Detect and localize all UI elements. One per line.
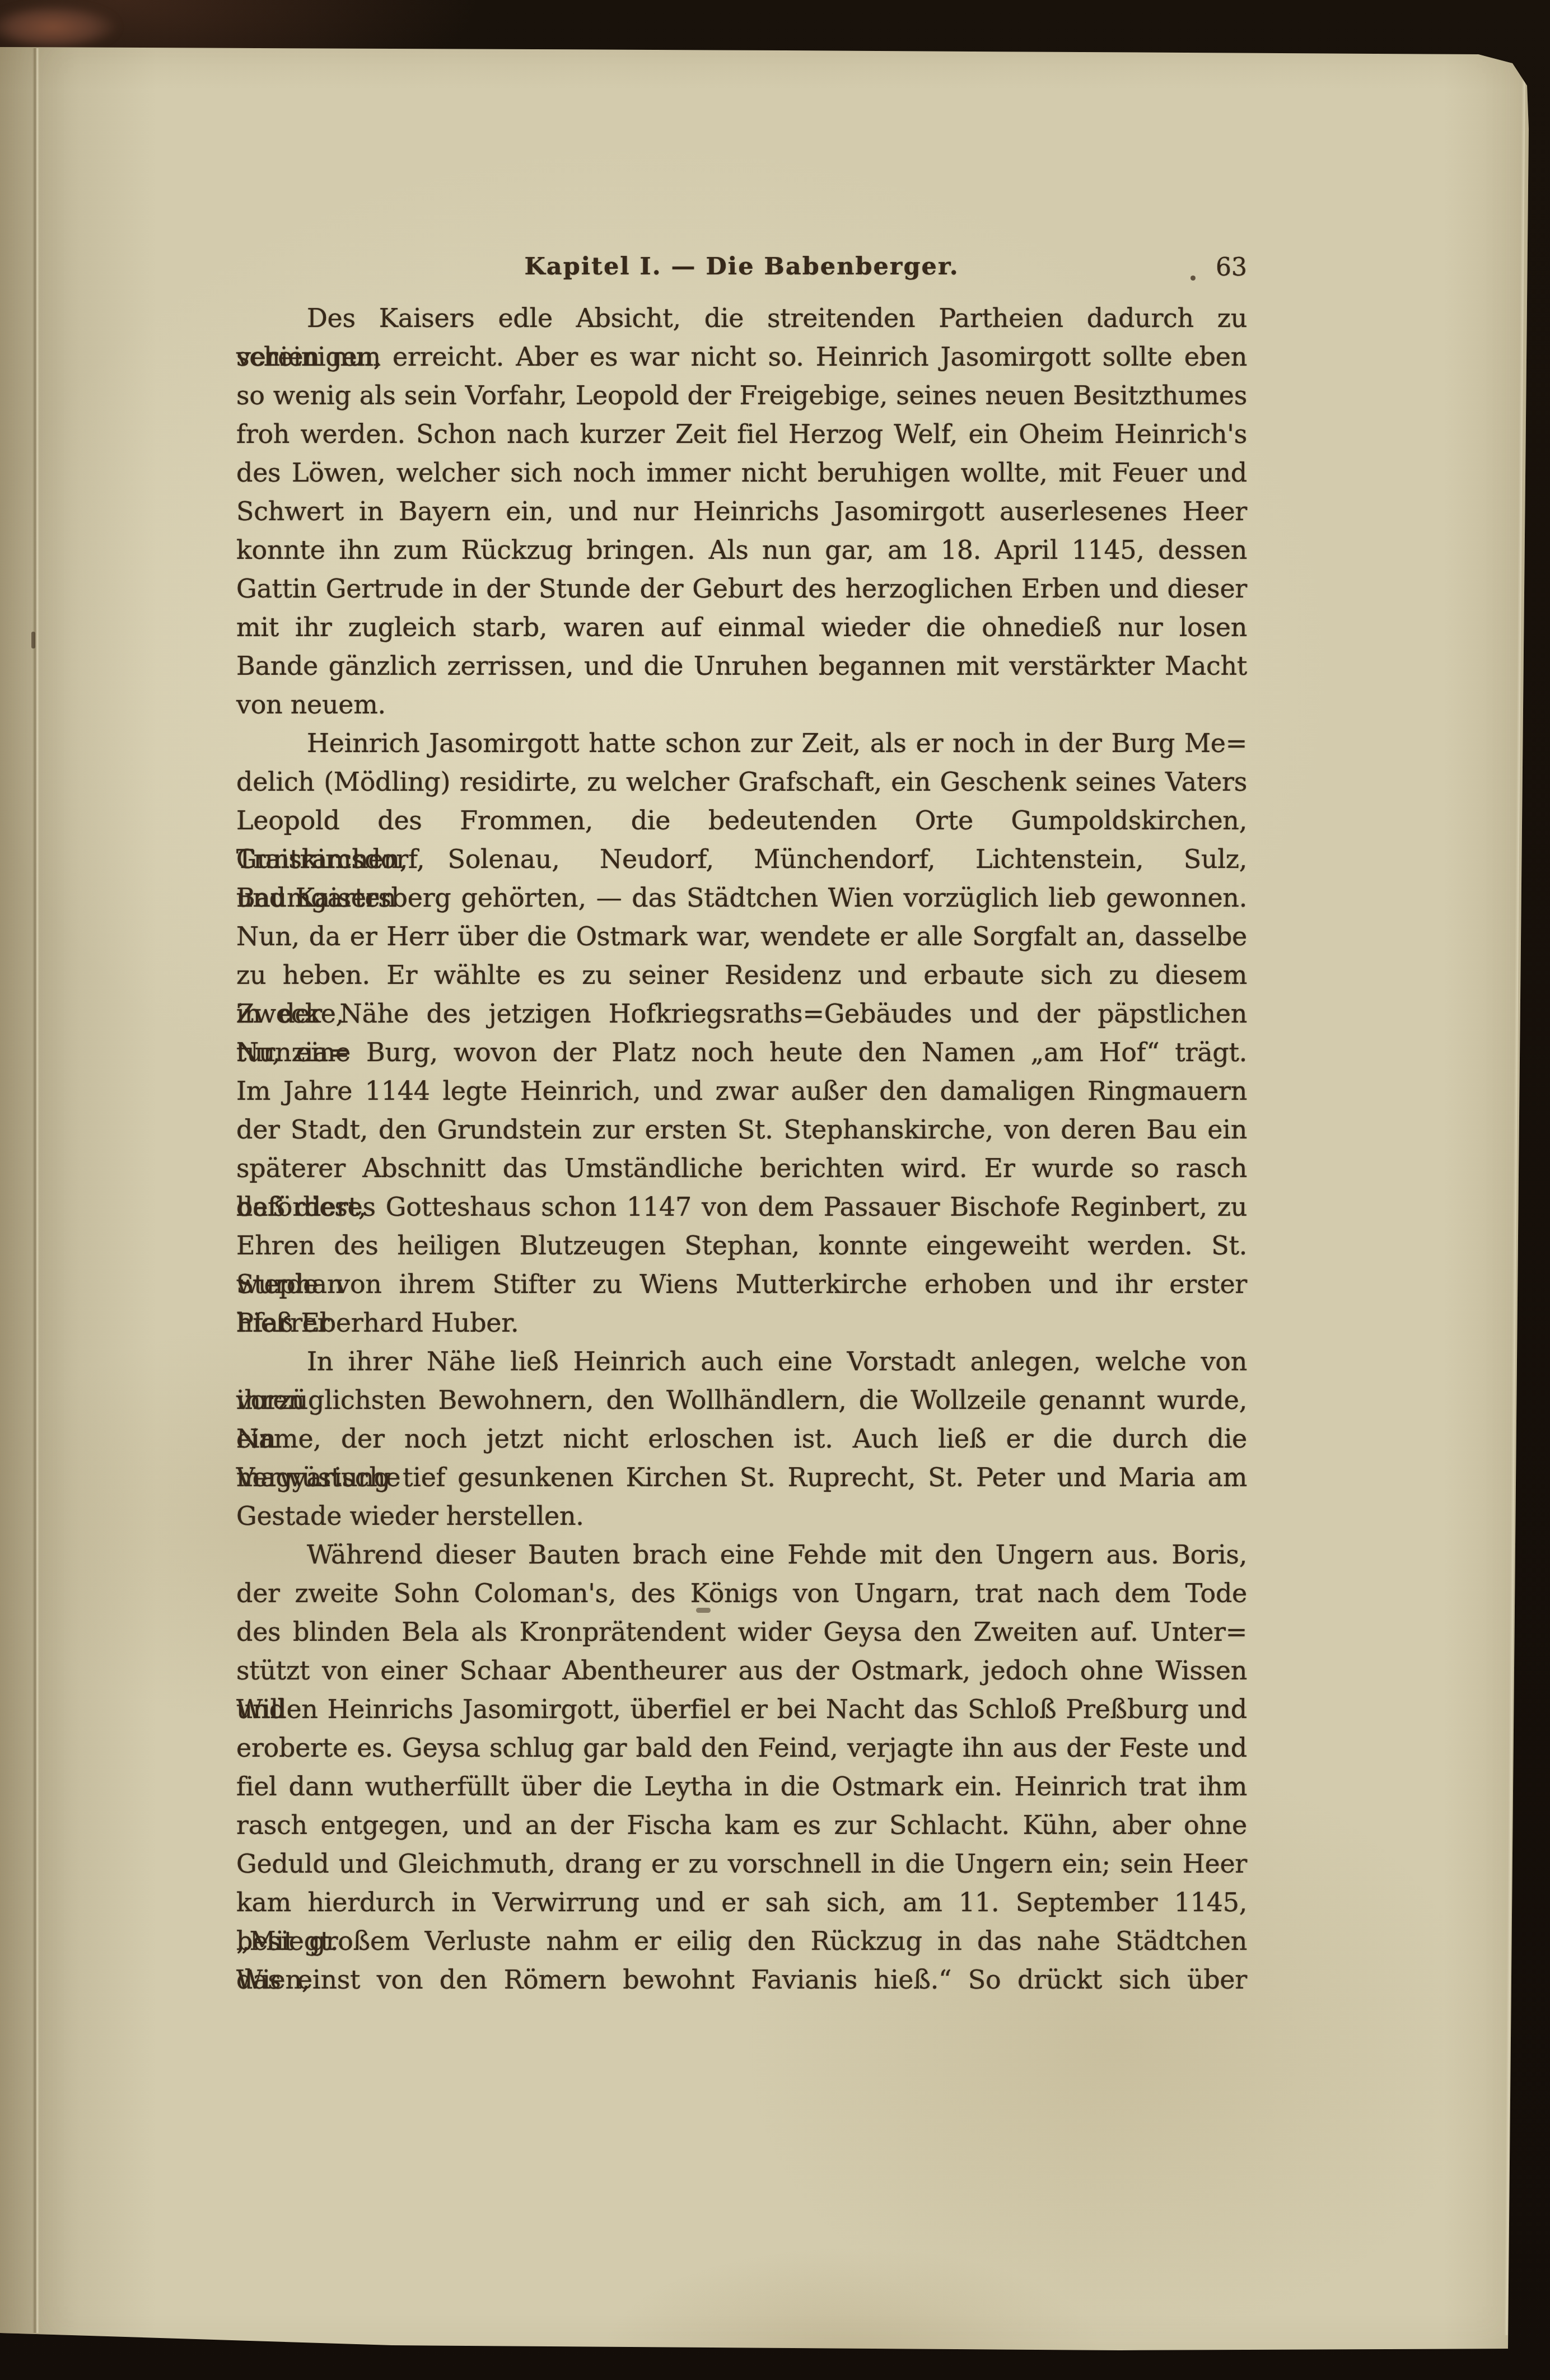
- text-line: vorzüglichsten Bewohnern, den Wollhändle…: [236, 1381, 1247, 1420]
- text-line: zu heben. Er wählte es zu seiner Residen…: [236, 956, 1247, 995]
- text-block: Des Kaisers edle Absicht, die streitende…: [236, 299, 1247, 1999]
- text-line: Während dieser Bauten brach eine Fehde m…: [236, 1536, 1247, 1574]
- scanned-book-page: Kapitel I. — Die Babenberger. 63 Des Kai…: [0, 0, 1550, 2380]
- text-line: Im Jahre 1144 legte Heinrich, und zwar a…: [236, 1072, 1247, 1110]
- text-line: daß dieses Gotteshaus schon 1147 von dem…: [236, 1188, 1247, 1226]
- book-page-paper: Kapitel I. — Die Babenberger. 63 Des Kai…: [0, 0, 1550, 2380]
- text-line: Des Kaisers edle Absicht, die streitende…: [236, 299, 1247, 338]
- paragraph: Während dieser Bauten brach eine Fehde m…: [236, 1536, 1247, 1999]
- text-line: In ihrer Nähe ließ Heinrich auch eine Vo…: [236, 1342, 1247, 1381]
- text-line: Verwüstung tief gesunkenen Kirchen St. R…: [236, 1458, 1247, 1497]
- text-line: Gattin Gertrude in der Stunde der Geburt…: [236, 570, 1247, 608]
- page-edge-highlight: [1504, 62, 1525, 2335]
- paragraph: Des Kaisers edle Absicht, die streitende…: [236, 299, 1247, 724]
- text-line: der Stadt, den Grundstein zur ersten St.…: [236, 1110, 1247, 1149]
- text-line: von neuem.: [236, 685, 1247, 724]
- text-line: Heinrich Jasomirgott hatte schon zur Zei…: [236, 724, 1247, 763]
- text-line: mit ihr zugleich starb, waren auf einmal…: [236, 608, 1247, 647]
- text-line: delich (Mödling) residirte, zu welcher G…: [236, 763, 1247, 801]
- text-line: hieß Eberhard Huber.: [236, 1304, 1247, 1342]
- page-fold-crease: [32, 48, 39, 2333]
- paragraph: In ihrer Nähe ließ Heinrich auch eine Vo…: [236, 1342, 1247, 1536]
- text-line: Schwert in Bayern ein, und nur Heinrichs…: [236, 492, 1247, 531]
- text-line: Ehren des heiligen Blutzeugen Stephan, k…: [236, 1226, 1247, 1265]
- text-line: Geduld und Gleichmuth, drang er zu vorsc…: [236, 1845, 1247, 1883]
- text-line: in der Nähe des jetzigen Hofkriegsraths=…: [236, 995, 1247, 1033]
- text-line: Name, der noch jetzt nicht erloschen ist…: [236, 1420, 1247, 1458]
- text-line: „Mit großem Verluste nahm er eilig den R…: [236, 1922, 1247, 1961]
- text-line: Bande gänzlich zerrissen, und die Unruhe…: [236, 647, 1247, 685]
- text-line: des Löwen, welcher sich noch immer nicht…: [236, 454, 1247, 492]
- text-line: kam hierdurch in Verwirrung und er sah s…: [236, 1883, 1247, 1922]
- text-line: fiel dann wutherfüllt über die Leytha in…: [236, 1767, 1247, 1806]
- text-line: schien nun erreicht. Aber es war nicht s…: [236, 338, 1247, 376]
- text-line: Willen Heinrichs Jasomirgott, überfiel e…: [236, 1690, 1247, 1729]
- paragraph: Heinrich Jasomirgott hatte schon zur Zei…: [236, 724, 1247, 1342]
- text-line: wurde von ihrem Stifter zu Wiens Mutterk…: [236, 1265, 1247, 1304]
- text-line: der zweite Sohn Coloman's, des Königs vo…: [236, 1574, 1247, 1613]
- running-title: Kapitel I. — Die Babenberger.: [236, 249, 1247, 284]
- text-line: eroberte es. Geysa schlug gar bald den F…: [236, 1729, 1247, 1767]
- text-line: so wenig als sein Vorfahr, Leopold der F…: [236, 376, 1247, 415]
- page-number: 63: [1216, 250, 1247, 286]
- text-line: tur, eine Burg, wovon der Platz noch heu…: [236, 1033, 1247, 1072]
- text-line: konnte ihn zum Rückzug bringen. Als nun …: [236, 531, 1247, 570]
- page-header: Kapitel I. — Die Babenberger. 63: [236, 249, 1247, 289]
- text-line: stützt von einer Schaar Abentheurer aus …: [236, 1651, 1247, 1690]
- text-line: Traiskirchen, Solenau, Neudorf, Münchend…: [236, 840, 1247, 879]
- text-line: froh werden. Schon nach kurzer Zeit fiel…: [236, 415, 1247, 454]
- text-line: Nun, da er Herr über die Ostmark war, we…: [236, 917, 1247, 956]
- text-line: das einst von den Römern bewohnt Faviani…: [236, 1961, 1247, 1999]
- text-line: Leopold des Frommen, die bedeutenden Ort…: [236, 801, 1247, 840]
- ink-speck: [31, 632, 35, 648]
- text-line: des blinden Bela als Kronprätendent wide…: [236, 1613, 1247, 1651]
- text-line: späterer Abschnitt das Umständliche beri…: [236, 1149, 1247, 1188]
- binding-cloth-fragment: [0, 4, 118, 49]
- text-line: Gestade wieder herstellen.: [236, 1497, 1247, 1536]
- text-line: und Kaisersberg gehörten, — das Städtche…: [236, 879, 1247, 917]
- text-line: rasch entgegen, und an der Fischa kam es…: [236, 1806, 1247, 1845]
